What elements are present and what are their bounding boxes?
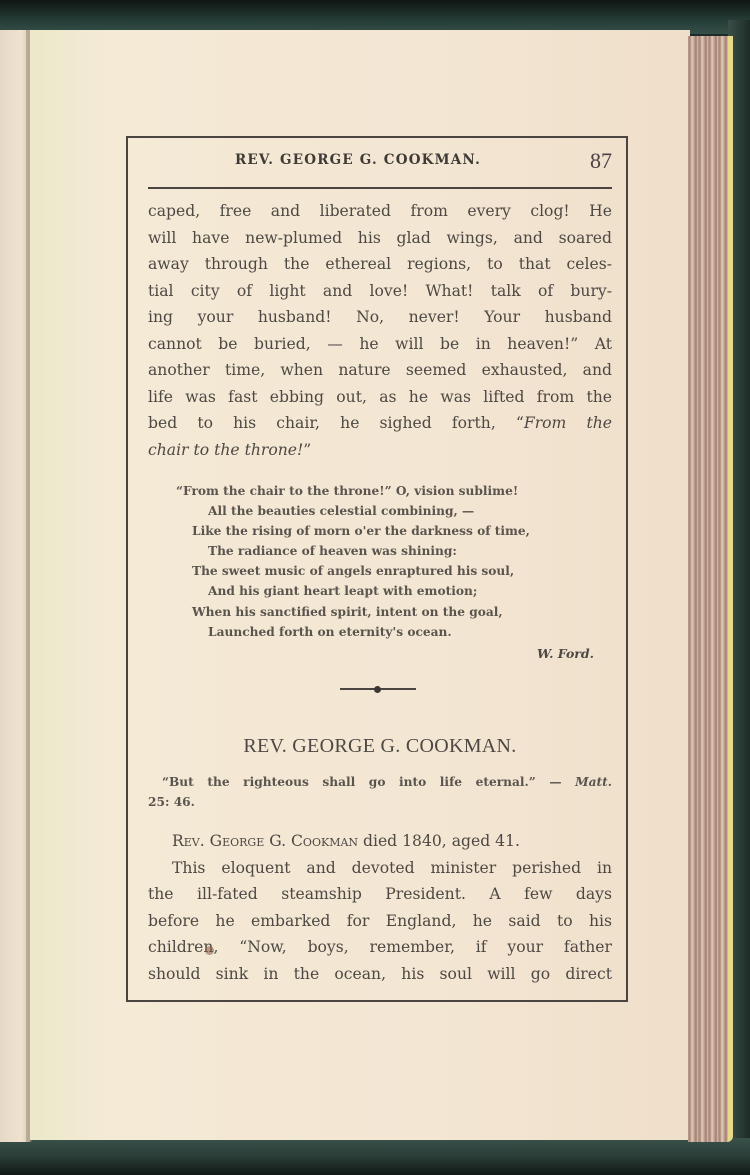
epigraph-reference: Matt. (575, 775, 612, 789)
poem-verse: The radiance of heaven was shining: (176, 541, 606, 561)
italic-quote: chair to the throne! (148, 441, 303, 459)
section-divider-ornament (340, 686, 416, 692)
text-line: cannot be buried, — he will be in heaven… (148, 331, 612, 358)
text-line: chair to the throne!” (148, 437, 612, 464)
epigraph-reference-cont: 25: 46. (148, 795, 195, 809)
ink-stain (205, 946, 214, 955)
page-edges (688, 36, 733, 1142)
poem: “From the chair to the throne!” O, visio… (176, 481, 606, 642)
epigraph: “But the righteous shall go into life et… (148, 772, 612, 812)
lead-line: Rev. George G. Cookman died 1840, aged 4… (148, 828, 612, 855)
text-line: before he embarked for England, he said … (148, 908, 612, 935)
text-line: another time, when nature seemed exhaust… (148, 357, 612, 384)
section-title: REV. GEORGE G. COOKMAN. (148, 735, 612, 758)
page-number: 87 (590, 148, 612, 174)
continued-paragraph: caped, free and liberated from every clo… (148, 198, 612, 463)
text-line: away through the ethereal regions, to th… (148, 251, 612, 278)
poem-attribution: W. Ford. (537, 646, 594, 661)
text-line: children, “Now, boys, remember, if your … (148, 934, 612, 961)
running-head: REV. GEORGE G. COOKMAN. 87 (150, 148, 612, 176)
text-line: should sink in the ocean, his soul will … (148, 961, 612, 988)
poem-verse: All the beauties celestial combining, — (176, 501, 606, 521)
text-fragment: died 1840, aged 41. (358, 832, 520, 850)
text-line: the ill-fated steamship President. A few… (148, 881, 612, 908)
book-cover-top (0, 0, 750, 34)
text-fragment: bed to his chair, he sighed forth, “ (148, 414, 524, 432)
text-line: will have new-plumed his glad wings, and… (148, 225, 612, 252)
text-line: ing your husband! No, never! Your husban… (148, 304, 612, 331)
epigraph-line: “But the righteous shall go into life et… (148, 772, 612, 792)
book-cover-bottom (0, 1138, 750, 1175)
poem-verse: When his sanctified spirit, intent on th… (176, 602, 606, 622)
running-title: REV. GEORGE G. COOKMAN. (235, 152, 481, 168)
divider-dot (374, 686, 381, 693)
poem-verse: Like the rising of morn o'er the darknes… (176, 521, 606, 541)
text-line: This eloquent and devoted minister peris… (148, 855, 612, 882)
text-line: bed to his chair, he sighed forth, “From… (148, 410, 612, 437)
biography-paragraph: Rev. George G. Cookman died 1840, aged 4… (148, 828, 612, 987)
text-line: caped, free and liberated from every clo… (148, 198, 612, 225)
poem-verse: Launched forth on eternity's ocean. (176, 622, 606, 642)
epigraph-text: “But the righteous shall go into life et… (162, 775, 575, 789)
text-fragment: ” (303, 441, 311, 459)
poem-verse: And his giant heart leapt with emotion; (176, 581, 606, 601)
poem-verse: “From the chair to the throne!” O, visio… (176, 481, 606, 501)
text-line: tial city of light and love! What! talk … (148, 278, 612, 305)
subject-name: Rev. George G. Cookman (172, 832, 358, 850)
poem-verse: The sweet music of angels enraptured his… (176, 561, 606, 581)
header-rule (148, 187, 612, 189)
text-line: life was fast ebbing out, as he was lift… (148, 384, 612, 411)
italic-quote: From the (524, 414, 612, 432)
